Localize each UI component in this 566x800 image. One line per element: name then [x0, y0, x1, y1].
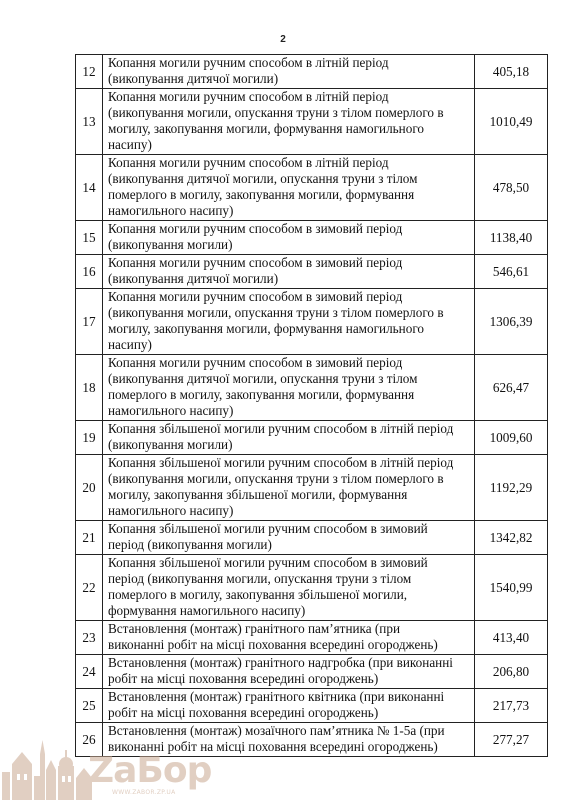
service-price: 277,27 — [475, 723, 548, 757]
description-line: (викопування дитячої могили, опускання т… — [108, 371, 472, 387]
service-price: 1540,99 — [475, 555, 548, 621]
row-number: 18 — [76, 355, 103, 421]
price-table: 12Копання могили ручним способом в літні… — [75, 54, 548, 757]
description-line: намогильного насипу) — [108, 403, 472, 419]
description-line: (викопування дитячої могили, опускання т… — [108, 171, 472, 187]
service-price: 413,40 — [475, 621, 548, 655]
description-line: (викопування дитячої могили) — [108, 271, 472, 287]
row-number: 20 — [76, 455, 103, 521]
price-table-body: 12Копання могили ручним способом в літні… — [76, 55, 548, 757]
description-line: могилу, закопування збільшеної могили, ф… — [108, 487, 472, 503]
description-line: насипу) — [108, 337, 472, 353]
row-number: 22 — [76, 555, 103, 621]
table-row: 24Встановлення (монтаж) гранітного надгр… — [76, 655, 548, 689]
description-line: Встановлення (монтаж) гранітного пам’ятн… — [108, 621, 472, 637]
description-line: Копання збільшеної могили ручним способо… — [108, 521, 472, 537]
city-skyline-icon — [0, 740, 95, 800]
service-description: Копання збільшеної могили ручним способо… — [103, 455, 475, 521]
service-description: Копання збільшеної могили ручним способо… — [103, 421, 475, 455]
description-line: робіт на місці поховання всередині огоро… — [108, 671, 472, 687]
service-description: Копання могили ручним способом в зимовий… — [103, 255, 475, 289]
table-row: 18Копання могили ручним способом в зимов… — [76, 355, 548, 421]
table-row: 21Копання збільшеної могили ручним спосо… — [76, 521, 548, 555]
description-line: померлого в могилу, закопування могили, … — [108, 187, 472, 203]
description-line: робіт на місці поховання всередині огоро… — [108, 705, 472, 721]
service-description: Копання могили ручним способом в зимовий… — [103, 221, 475, 255]
table-row: 23Встановлення (монтаж) гранітного пам’я… — [76, 621, 548, 655]
service-description: Встановлення (монтаж) гранітного квітник… — [103, 689, 475, 723]
service-description: Копання могили ручним способом в зимовий… — [103, 289, 475, 355]
row-number: 19 — [76, 421, 103, 455]
description-line: Копання могили ручним способом в зимовий… — [108, 355, 472, 371]
description-line: формування намогильного насипу) — [108, 603, 472, 619]
service-description: Копання могили ручним способом в літній … — [103, 89, 475, 155]
table-row: 19Копання збільшеної могили ручним спосо… — [76, 421, 548, 455]
description-line: (викопування могили) — [108, 437, 472, 453]
description-line: насипу) — [108, 137, 472, 153]
description-line: період (викопування могили, опускання тр… — [108, 571, 472, 587]
table-row: 16Копання могили ручним способом в зимов… — [76, 255, 548, 289]
row-number: 25 — [76, 689, 103, 723]
description-line: (викопування могили) — [108, 237, 472, 253]
row-number: 13 — [76, 89, 103, 155]
description-line: могилу, закопування могили, формування н… — [108, 121, 472, 137]
table-row: 17Копання могили ручним способом в зимов… — [76, 289, 548, 355]
service-description: Копання збільшеної могили ручним способо… — [103, 521, 475, 555]
table-row: 25Встановлення (монтаж) гранітного квітн… — [76, 689, 548, 723]
description-line: період (викопування могили) — [108, 537, 472, 553]
service-price: 1138,40 — [475, 221, 548, 255]
row-number: 21 — [76, 521, 103, 555]
description-line: Копання збільшеної могили ручним способо… — [108, 421, 472, 437]
row-number: 24 — [76, 655, 103, 689]
row-number: 17 — [76, 289, 103, 355]
description-line: Копання могили ручним способом в зимовий… — [108, 255, 472, 271]
description-line: намогильного насипу) — [108, 503, 472, 519]
table-row: 13Копання могили ручним способом в літні… — [76, 89, 548, 155]
row-number: 23 — [76, 621, 103, 655]
service-price: 217,73 — [475, 689, 548, 723]
description-line: Копання могили ручним способом в літній … — [108, 55, 472, 71]
service-description: Копання могили ручним способом в літній … — [103, 55, 475, 89]
table-row: 12Копання могили ручним способом в літні… — [76, 55, 548, 89]
description-line: Встановлення (монтаж) гранітного надгроб… — [108, 655, 472, 671]
service-price: 1009,60 — [475, 421, 548, 455]
service-price: 405,18 — [475, 55, 548, 89]
row-number: 14 — [76, 155, 103, 221]
service-price: 1306,39 — [475, 289, 548, 355]
row-number: 15 — [76, 221, 103, 255]
watermark-logo-text: ZaБop — [88, 750, 211, 791]
service-description: Встановлення (монтаж) гранітного пам’ятн… — [103, 621, 475, 655]
description-line: (викопування могили, опускання труни з т… — [108, 305, 472, 321]
service-price: 1192,29 — [475, 455, 548, 521]
row-number: 12 — [76, 55, 103, 89]
description-line: Копання збільшеної могили ручним способо… — [108, 455, 472, 471]
description-line: померлого в могилу, закопування збільшен… — [108, 587, 472, 603]
service-description: Копання могили ручним способом в зимовий… — [103, 355, 475, 421]
service-description: Копання могили ручним способом в літній … — [103, 155, 475, 221]
service-price: 1010,49 — [475, 89, 548, 155]
table-row: 14Копання могили ручним способом в літні… — [76, 155, 548, 221]
description-line: виконанні робіт на місці поховання всере… — [108, 637, 472, 653]
description-line: померлого в могилу, закопування могили, … — [108, 387, 472, 403]
description-line: Копання збільшеної могили ручним способо… — [108, 555, 472, 571]
watermark-logo: ZaБop WWW.ZABOR.ZP.UA — [0, 740, 230, 800]
table-row: 20Копання збільшеної могили ручним спосо… — [76, 455, 548, 521]
service-price: 546,61 — [475, 255, 548, 289]
service-price: 1342,82 — [475, 521, 548, 555]
table-row: 15Копання могили ручним способом в зимов… — [76, 221, 548, 255]
table-row: 22Копання збільшеної могили ручним спосо… — [76, 555, 548, 621]
watermark-url: WWW.ZABOR.ZP.UA — [112, 789, 176, 796]
service-price: 626,47 — [475, 355, 548, 421]
row-number: 16 — [76, 255, 103, 289]
description-line: (викопування могили, опускання труни з т… — [108, 105, 472, 121]
service-price: 206,80 — [475, 655, 548, 689]
description-line: Встановлення (монтаж) мозаїчного пам’ятн… — [108, 723, 472, 739]
description-line: намогильного насипу) — [108, 203, 472, 219]
service-description: Копання збільшеної могили ручним способо… — [103, 555, 475, 621]
description-line: могилу, закопування могили, формування н… — [108, 321, 472, 337]
service-price: 478,50 — [475, 155, 548, 221]
service-description: Встановлення (монтаж) гранітного надгроб… — [103, 655, 475, 689]
description-line: Копання могили ручним способом в зимовий… — [108, 221, 472, 237]
description-line: (викопування могили, опускання труни з т… — [108, 471, 472, 487]
description-line: Копання могили ручним способом в літній … — [108, 155, 472, 171]
description-line: Встановлення (монтаж) гранітного квітник… — [108, 689, 472, 705]
description-line: Копання могили ручним способом в літній … — [108, 89, 472, 105]
page-number: 2 — [0, 34, 566, 45]
description-line: (викопування дитячої могили) — [108, 71, 472, 87]
description-line: Копання могили ручним способом в зимовий… — [108, 289, 472, 305]
